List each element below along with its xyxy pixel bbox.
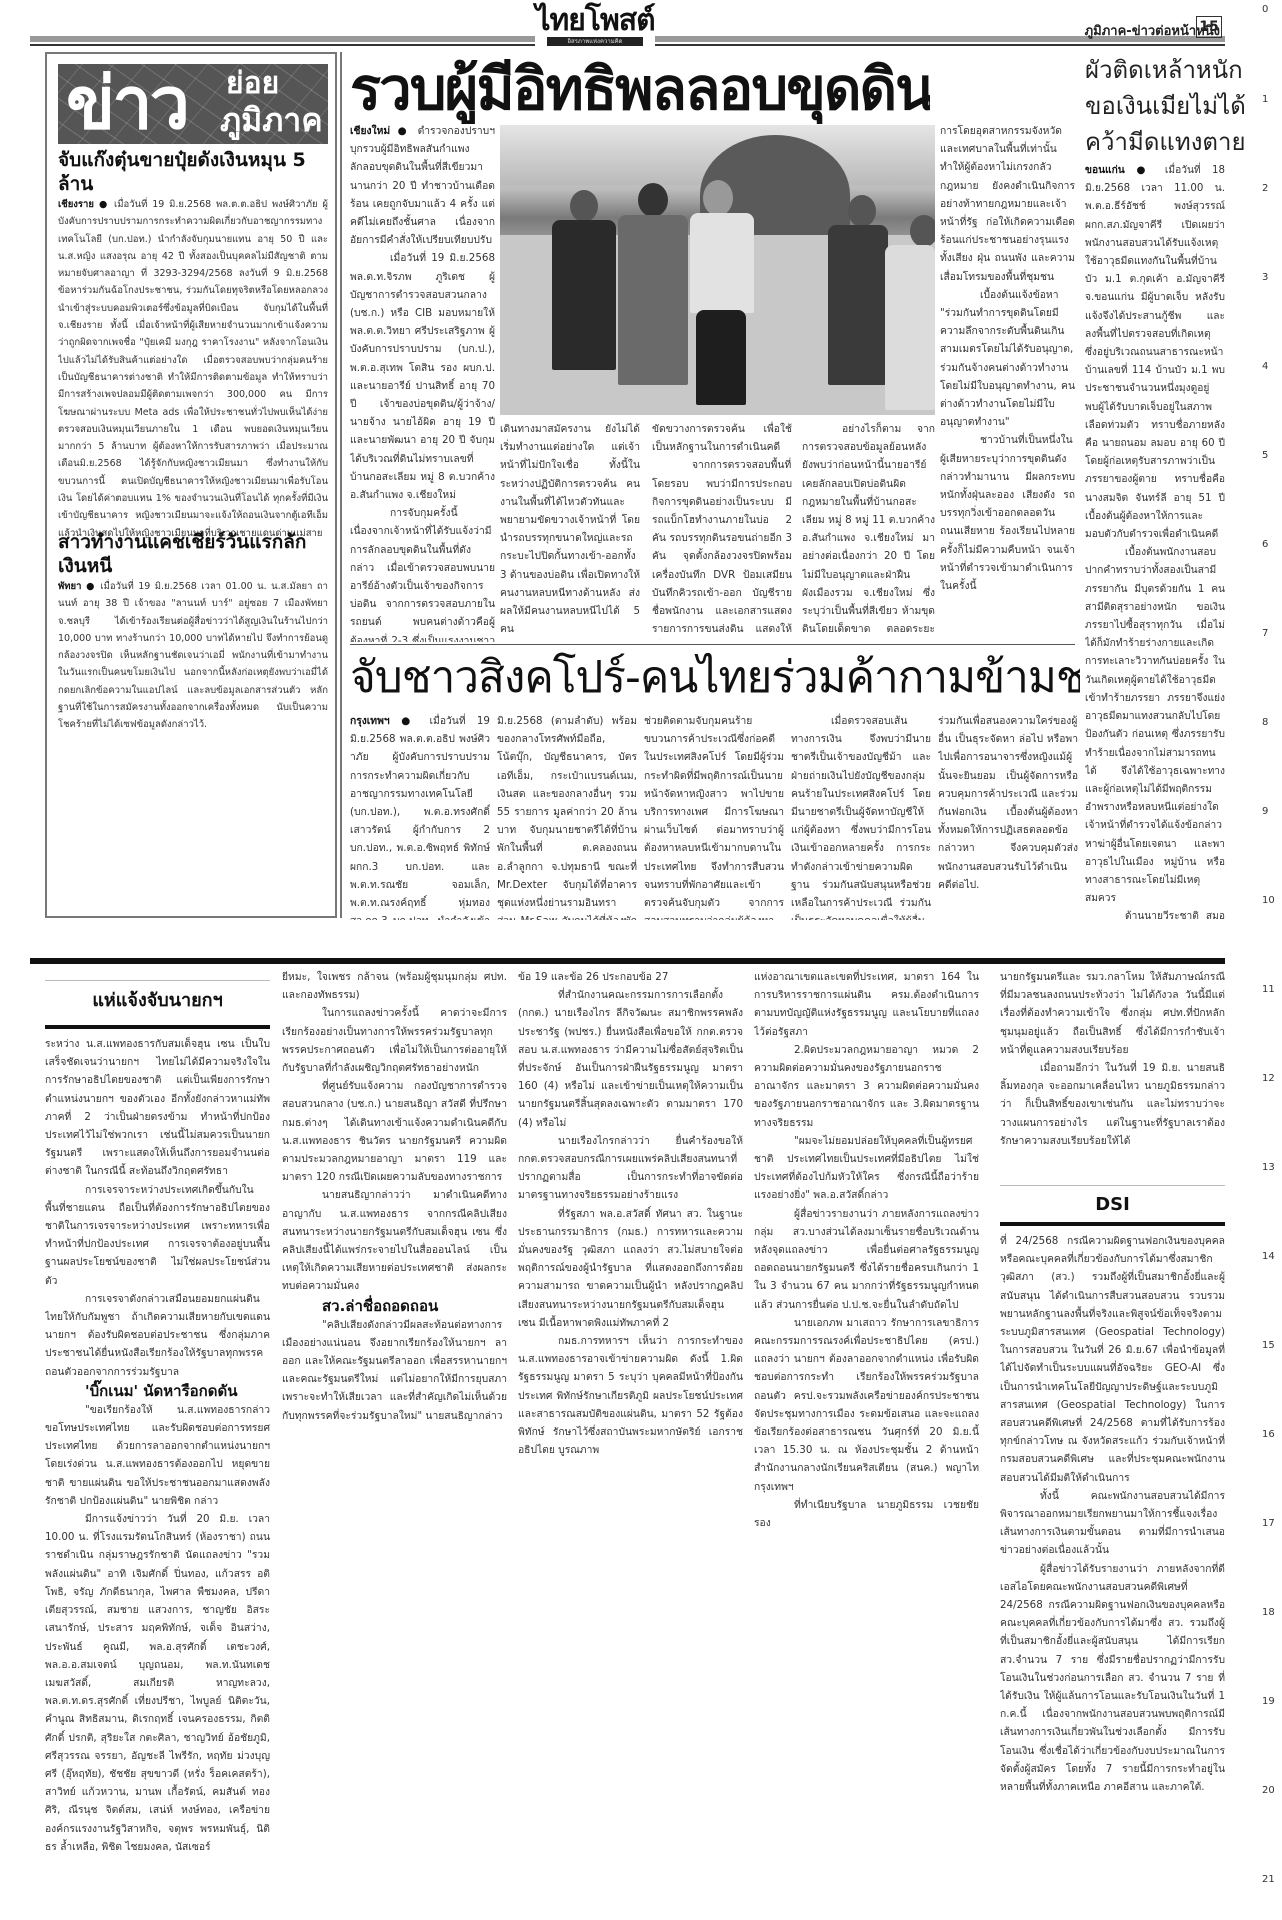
ruler-mark: 3 [1262,272,1268,283]
section-rule [30,958,1225,964]
photo-person-head [703,180,733,216]
opinion-mid-column-4: นายกรัฐมนตรีและ รมว.กลาโหม ให้สัมภาษณ์กร… [1000,968,1225,1158]
ruler-mark: 13 [1262,1162,1275,1173]
ruler-mark: 9 [1262,806,1268,817]
lead-column-3: ขัดขวางการตรวจค้น เพื่อใช้เป็นหลักฐานในก… [652,420,792,640]
ruler-mark: 20 [1262,1785,1275,1796]
photo-person-head [570,190,598,222]
ruler-mark: 5 [1262,450,1268,461]
photo-person-head [910,215,935,247]
opinion-left-title[interactable]: แห่แจ้งจับนายกฯ [45,988,270,1014]
opinion-mid-column-1: ยีหมะ, ใจเพชร กล้าจน (พร้อมผู้ชุมนุมกลุ่… [282,968,507,1918]
brief-story-2: สาวทำงานแคชเชียร์วันแรกลักเงินหนี พัทยา … [58,530,328,934]
opinion-mid-column-3: แห่งอาณาเขตและเขตที่ประเทศ, มาตรา 164 ใน… [754,968,979,1918]
brief-2-dateline: พัทยา ● [58,581,96,592]
ruler-mark: 7 [1262,628,1268,639]
second-dateline: กรุงเทพฯ ● [350,715,418,727]
newspaper-logo[interactable]: ไทยโพสต์ อิสรภาพแห่งความคิด [535,6,655,50]
photo-person [552,220,616,370]
second-column-3: ช่วยติดตามจับกุมคนร้ายขบวนการค้าประเวณีซ… [644,712,784,920]
side-headline-line-1: ผัวติดเหล้าหนัก [1085,52,1225,88]
second-headline[interactable]: จับชาวสิงคโปร์-คนไทยร่วมค้ากามข้ามชาติ [350,650,1080,706]
ruler-mark: 4 [1262,361,1268,372]
brief-2-text: เมื่อวันที่ 19 มิ.ย.2568 เวลา 01.00 น. น… [58,581,328,730]
ruler-mark: 2 [1262,183,1268,194]
side-story-headline[interactable]: ผัวติดเหล้าหนัก ขอเงินเมียไม่ได้ คว้ามีด… [1085,52,1225,160]
ruler-mark: 17 [1262,1518,1275,1529]
photo-person [828,225,888,385]
lead-dateline: เชียงใหม่ ● [350,125,410,137]
story-divider [350,644,1075,645]
second-column-1: กรุงเทพฯ ● เมื่อวันที่ 19 มิ.ย.2568 พล.ต… [350,712,490,920]
brief-1-dateline: เชียงราย ● [58,199,109,210]
photo-person [885,245,935,410]
logo-tagline: อิสรภาพแห่งความคิด [547,37,643,46]
second-column-5: ร่วมกันเพื่อสนองความใคร่ของผู้อื่น เป็นธ… [938,712,1078,920]
photo-person-head [638,183,668,217]
brief-1-body: เชียงราย ● เมื่อวันที่ 19 มิ.ย.2568 พล.ต… [58,196,328,541]
second-column-2: มิ.ย.2568 (ตามลำดับ) พร้อมของกลางโทรศัพท… [497,712,637,920]
opinion-mid-subhead-1: สว.ล่าชื่อถอดถอน [282,1296,507,1316]
regional-briefs-banner: ข่าว ย่อย ภูมิภาค [58,64,328,144]
lead-headline[interactable]: รวบผู้มีอิทธิพลลอบขุดดินขาย20ปี [350,54,930,124]
banner-subtitle-1: ย่อย [226,66,279,102]
opinion-left-body: ระหว่าง น.ส.แพทองธารกับสมเด็จฮุน เซน เป็… [45,1035,270,1915]
photo-person [690,213,754,313]
title-rule-thick [1000,1222,1225,1226]
brief-story-1: จับแก๊งตุ๋นขายปุ๋ยดังเงินหมุน 5 ล้าน เชี… [58,148,328,541]
opinion-mid-column-2: ข้อ 19 และข้อ 26 ประกอบข้อ 27 ที่สำนักงา… [518,968,743,1918]
ruler-mark: 1 [1262,94,1268,105]
side-headline-line-2: ขอเงินเมียไม่ได้ [1085,88,1225,124]
side-story-body: ขอนแก่น ● เมื่อวันที่ 18 มิ.ย.2568 เวลา … [1085,162,1225,922]
brief-2-body: พัทยา ● เมื่อวันที่ 19 มิ.ย.2568 เวลา 01… [58,578,328,934]
brief-1-headline[interactable]: จับแก๊งตุ๋นขายปุ๋ยดังเงินหมุน 5 ล้าน [58,148,328,196]
photo-person [618,215,688,385]
lead-story-border [340,52,342,918]
brief-1-text: เมื่อวันที่ 19 มิ.ย.2568 พล.ต.ต.อธิป พงษ… [58,199,328,539]
ruler-mark: 15 [1262,1340,1275,1351]
title-rule [45,980,270,981]
opinion-right-body: ที่ 24/2568 กรณีความผิดฐานฟอกเงินของบุคค… [1000,1232,1225,1917]
ruler-mark: 8 [1262,717,1268,728]
ruler-mark: 10 [1262,895,1275,906]
opinion-left-subhead: 'บิ๊กเนม' นัดหารือกดดัน [45,1381,270,1401]
lead-column-1: เชียงใหม่ ● ตำรวจกองปราบฯ บุกรวบผู้มีอิท… [350,122,495,642]
banner-title: ข่าว [66,64,187,144]
second-column-4: เมื่อตรวจสอบเส้นทางการเงิน จึงพบว่ามีนาย… [791,712,931,920]
ruler-mark: 19 [1262,1696,1275,1707]
ruler-mark: 21 [1262,1874,1275,1885]
brief-2-headline[interactable]: สาวทำงานแคชเชียร์วันแรกลักเงินหนี [58,530,328,578]
opinion-right-title[interactable]: DSI [1000,1192,1225,1218]
title-rule [1000,1185,1225,1186]
title-rule-thick [45,1025,270,1029]
lead-photo[interactable] [500,125,935,415]
ruler-mark: 12 [1262,1073,1275,1084]
page-number: 15 [1196,16,1222,38]
ruler-mark: 16 [1262,1429,1275,1440]
banner-subtitle-2: ภูมิภาค [220,100,323,140]
side-headline-line-3: คว้ามีดแทงตาย [1085,124,1225,160]
ruler-mark: 11 [1262,984,1275,995]
side-dateline: ขอนแก่น ● [1085,165,1154,176]
photo-person [696,310,746,405]
lead-column-5: การโดยอุตสาหกรรมจังหวัดและเทศบาลในพื้นที… [940,122,1075,642]
lead-column-4: อย่างไรก็ตาม จากการตรวจสอบข้อมูลย้อนหลัง… [802,420,935,640]
ruler-mark: 6 [1262,539,1268,550]
lead-column-2: เดินทางมาสมัครงาน ยังไม่ได้เริ่มทำงานแต่… [500,420,640,640]
ruler-mark: 14 [1262,1251,1275,1262]
logo-name: ไทยโพสต์ [535,6,655,36]
photo-person-head [848,195,876,227]
ruler-mark: 0 [1262,4,1268,15]
ruler-mark: 18 [1262,1607,1275,1618]
